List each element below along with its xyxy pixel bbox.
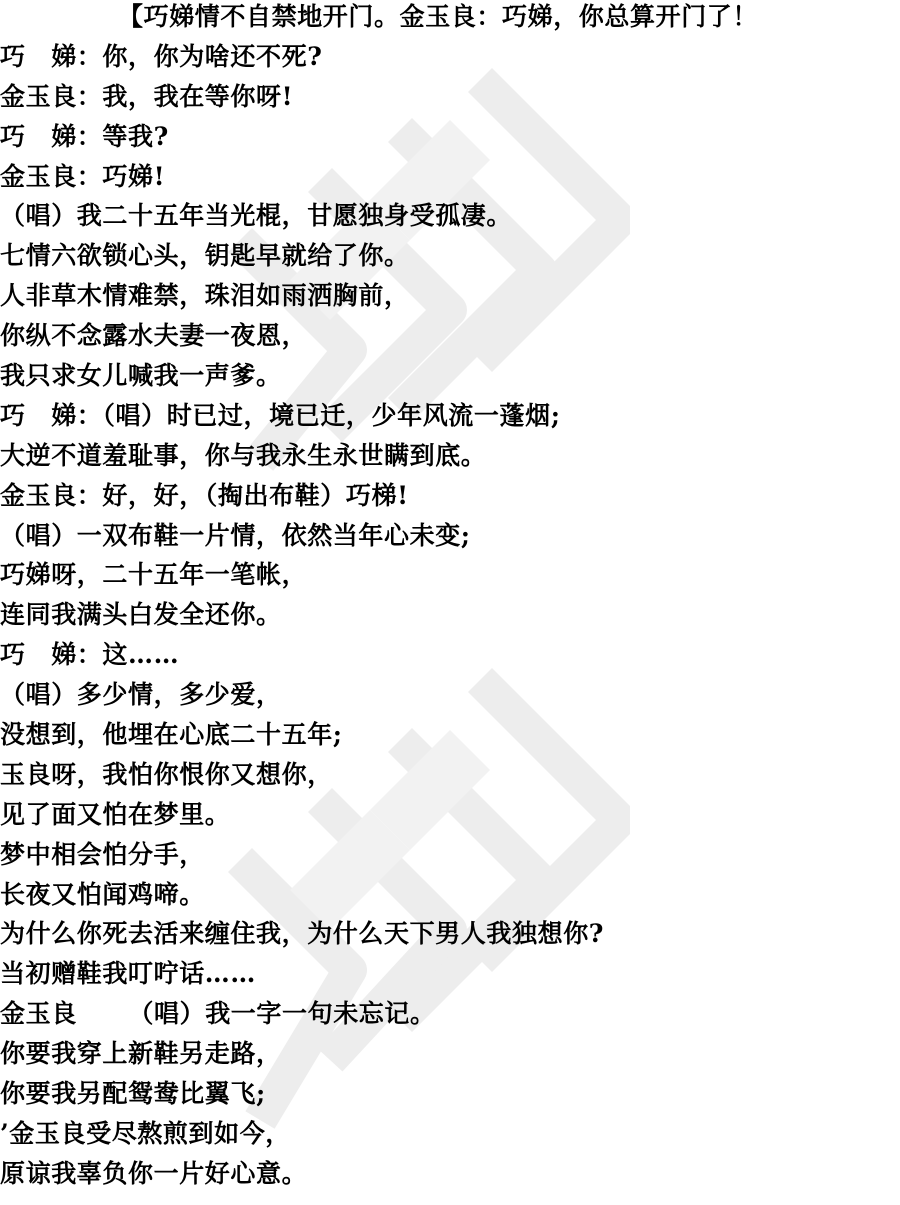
dialogue-text: （唱）我一字一句未忘记。: [128, 999, 435, 1028]
dialogue-line: 金玉良：好，好，（掏出布鞋）巧梯!: [0, 476, 900, 516]
dialogue-line: 巧 娣：你，你为啥还不死?: [0, 37, 900, 77]
dialogue-line: 金玉良：我，我在等你呀!: [0, 77, 900, 117]
dialogue-text: 等我?: [102, 122, 168, 151]
verse-line: （唱）我二十五年当光棍，甘愿独身受孤凄。: [0, 196, 900, 236]
verse-line: 为什么你死去活来缠住我，为什么天下男人我独想你?: [0, 914, 900, 954]
verse-line: 梦中相会怕分手，: [0, 835, 900, 875]
verse-line: 没想到，他埋在心底二十五年;: [0, 715, 900, 755]
verse-line: 巧娣呀，二十五年一笔帐，: [0, 555, 900, 595]
verse-line: 人非草木情难禁，珠泪如雨洒胸前，: [0, 276, 900, 316]
speaker-label: 金玉良：: [0, 162, 102, 191]
speaker-label: 巧 娣：: [0, 640, 102, 669]
dialogue-text: 好，好，（掏出布鞋）巧梯!: [102, 481, 408, 510]
verse-line: 七情六欲锁心头，钥匙早就给了你。: [0, 236, 900, 276]
speaker-label: 巧 娣：: [0, 401, 102, 430]
dialogue-line: 金玉良 （唱）我一字一句未忘记。: [0, 994, 900, 1034]
dialogue-text: 你，你为啥还不死?: [102, 42, 322, 71]
dialogue-text: 这……: [102, 640, 179, 669]
dialogue-line: 金玉良：巧娣!: [0, 157, 900, 197]
dialogue-text: 我，我在等你呀!: [102, 82, 293, 111]
dialogue-line: 巧 娣：（唱）时已过，境已迁，少年风流一蓬烟;: [0, 396, 900, 436]
speaker-label: 金玉良: [0, 999, 102, 1028]
verse-line: 见了面又怕在梦里。: [0, 795, 900, 835]
speaker-label: 巧 娣：: [0, 122, 102, 151]
verse-line: 你要我穿上新鞋另走路，: [0, 1034, 900, 1074]
verse-line: ’金玉良受尽熬煎到如今，: [0, 1114, 900, 1154]
speaker-label: 金玉良：: [0, 82, 102, 111]
verse-line: 当初赠鞋我叮咛话……: [0, 954, 900, 994]
dialogue-text: （唱）时已过，境已迁，少年风流一蓬烟;: [102, 401, 560, 430]
speaker-label: 金玉良：: [0, 481, 102, 510]
script-body: 【巧娣情不自禁地开门。金玉良：巧娣，你总算开门了！ 巧 娣：你，你为啥还不死? …: [0, 0, 900, 1194]
verse-line: （唱）多少情，多少爱，: [0, 675, 900, 715]
speaker-label: 巧 娣：: [0, 42, 102, 71]
verse-line: 大逆不道羞耻事，你与我永生永世瞒到底。: [0, 436, 900, 476]
verse-line: 长夜又怕闻鸡啼。: [0, 875, 900, 915]
stage-direction-text: 【巧娣情不自禁地开门。金玉良：巧娣，你总算开门了！: [118, 2, 758, 31]
dialogue-line: 巧 娣：这……: [0, 635, 900, 675]
dialogue-text: 巧娣!: [102, 162, 165, 191]
verse-line: 原谅我辜负你一片好心意。: [0, 1154, 900, 1194]
verse-line: 你要我另配鸳鸯比翼飞;: [0, 1074, 900, 1114]
verse-line: 玉良呀，我怕你恨你又想你，: [0, 755, 900, 795]
verse-line: 你纵不念露水夫妻一夜恩，: [0, 316, 900, 356]
dialogue-line: 巧 娣：等我?: [0, 117, 900, 157]
verse-line: 连同我满头白发全还你。: [0, 595, 900, 635]
verse-line: 我只求女儿喊我一声爹。: [0, 356, 900, 396]
verse-line: （唱）一双布鞋一片情，依然当年心未变;: [0, 516, 900, 556]
stage-direction: 【巧娣情不自禁地开门。金玉良：巧娣，你总算开门了！: [0, 0, 900, 37]
